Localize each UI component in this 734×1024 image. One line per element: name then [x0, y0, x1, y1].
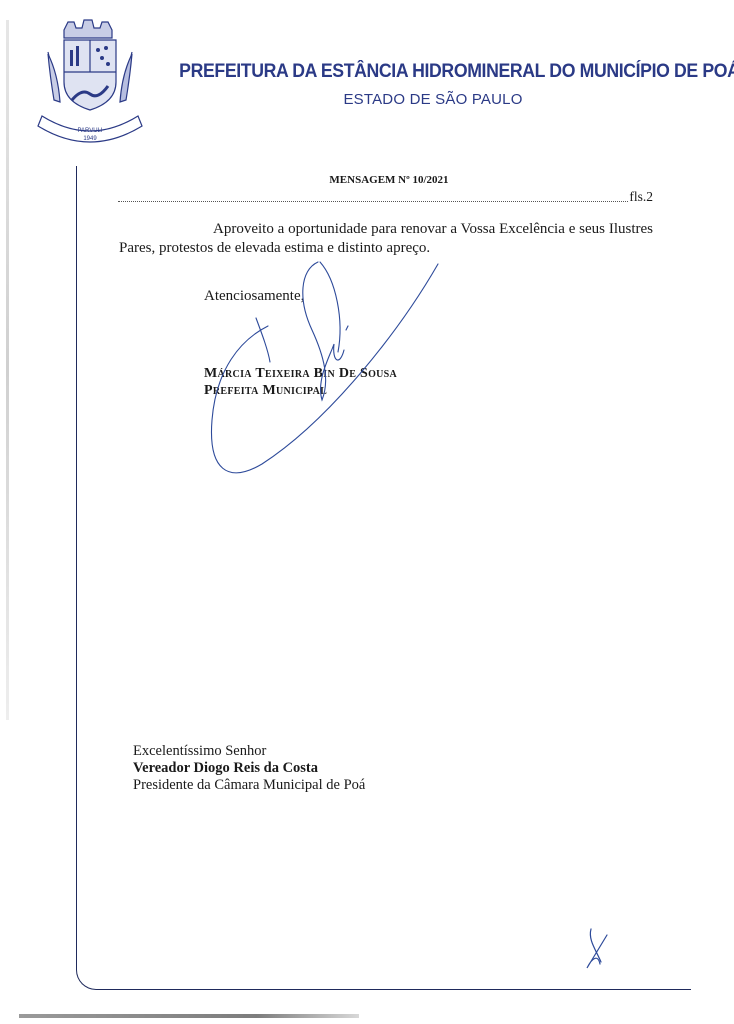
closing: Atenciosamente, — [204, 288, 304, 305]
addressee-block: Excelentíssimo Senhor Vereador Diogo Rei… — [133, 743, 365, 794]
scan-edge — [6, 20, 9, 720]
header-title: PREFEITURA DA ESTÂNCIA HIDROMINERAL DO M… — [179, 61, 689, 83]
header-subtitle: ESTADO DE SÃO PAULO — [160, 91, 706, 108]
dotted-leader — [118, 201, 628, 202]
svg-text:PARVULI: PARVULI — [77, 128, 102, 134]
signer-role: Prefeita Municipal — [204, 382, 397, 399]
page-frame — [76, 166, 691, 990]
body-paragraph: Aproveito a oportunidade para renovar a … — [119, 220, 653, 258]
addressee-salutation: Excelentíssimo Senhor — [133, 743, 365, 760]
message-title: MENSAGEM Nº 10/2021 — [0, 174, 734, 186]
page-reference: fls.2 — [629, 189, 653, 205]
svg-text:1949: 1949 — [83, 136, 97, 142]
municipal-coat-of-arms-icon: PARVULI 1949 — [34, 12, 146, 152]
page-reference-line: fls.2 — [118, 189, 653, 205]
addressee-role: Presidente da Câmara Municipal de Poá — [133, 777, 365, 794]
addressee-name: Vereador Diogo Reis da Costa — [133, 760, 365, 777]
scan-shadow — [19, 1014, 359, 1018]
signer-block: Márcia Teixeira Bin De Sousa Prefeita Mu… — [204, 365, 397, 399]
signer-name: Márcia Teixeira Bin De Sousa — [204, 365, 397, 382]
